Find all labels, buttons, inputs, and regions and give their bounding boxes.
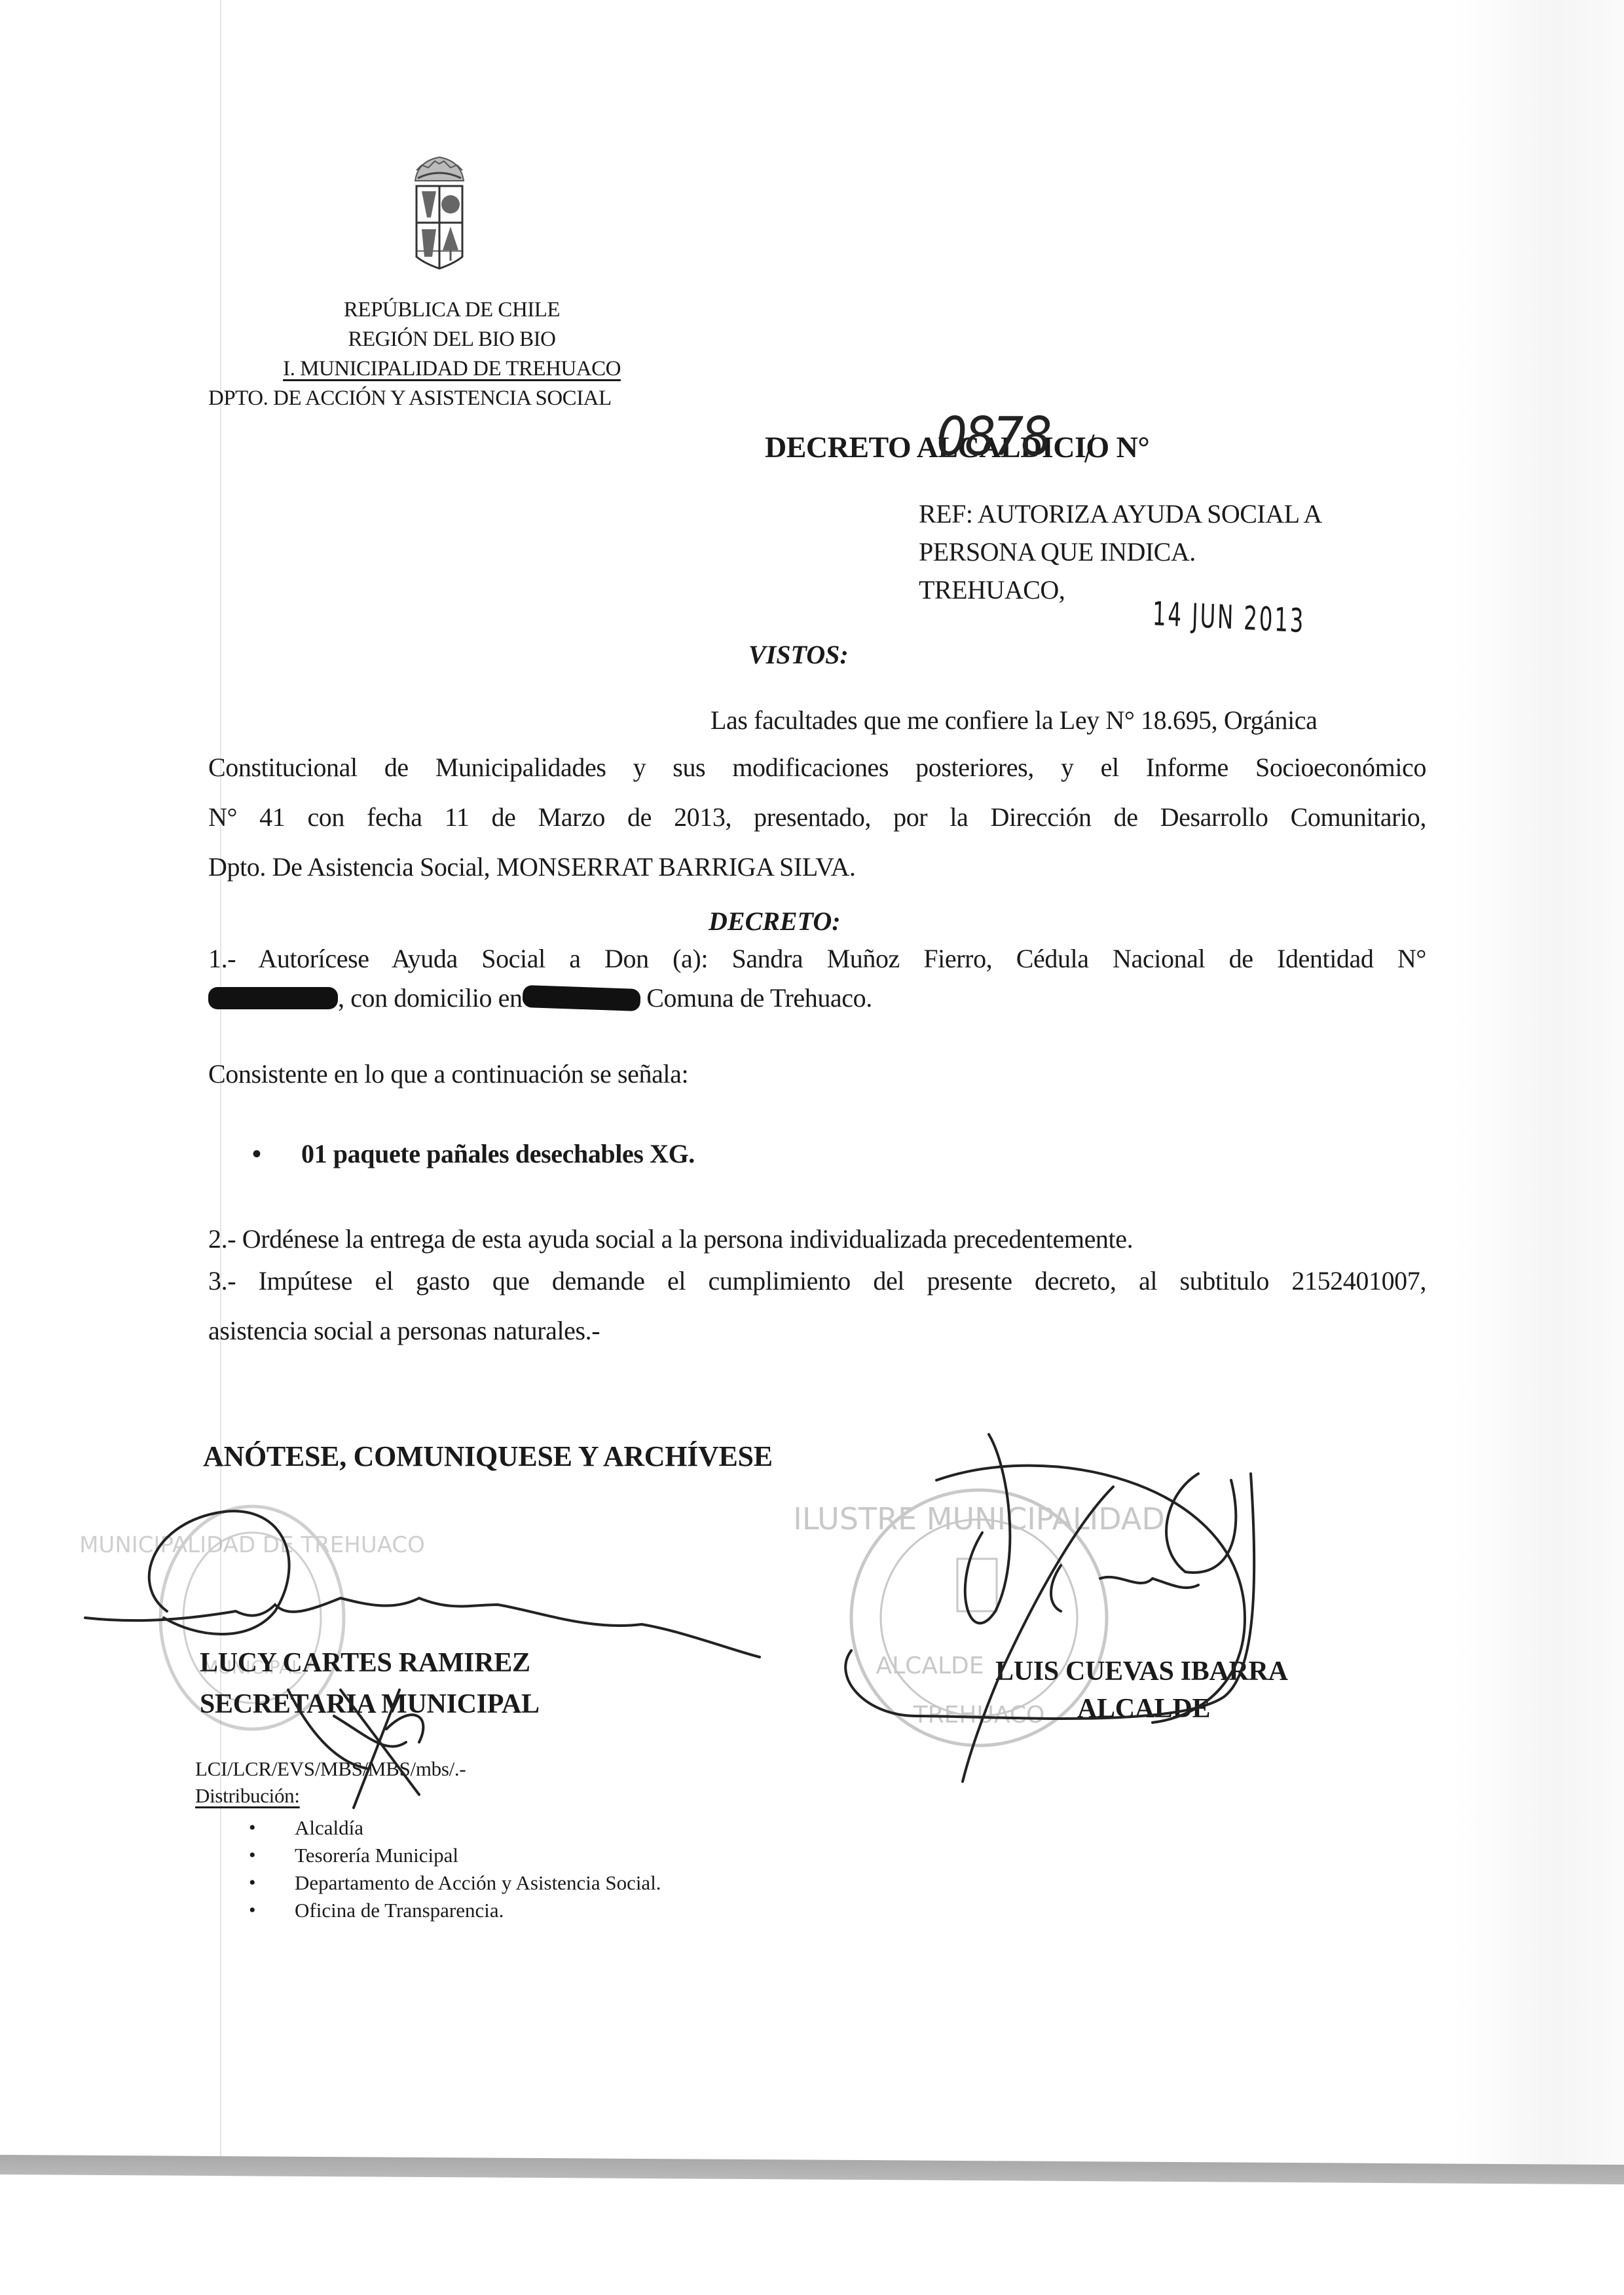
distribution-list: Alcaldía Tesorería Municipal Departament…	[249, 1814, 661, 1924]
distribution-label: Distribución:	[195, 1784, 300, 1808]
bullet-dot: •	[252, 1138, 261, 1169]
redacted-address	[522, 985, 640, 1011]
date-stamp: 14 JUN 2013	[1152, 595, 1306, 640]
svg-text:ALCALDE: ALCALDE	[876, 1652, 984, 1679]
ref-line-2: PERSONA QUE INDICA.	[919, 533, 1196, 571]
decree-page: REPÚBLICA DE CHILE REGIÓN DEL BIO BIO I.…	[0, 0, 1624, 2295]
ref-place: TREHUACO,	[919, 571, 1065, 609]
item-1-domicile-label: , con domicilio en	[338, 983, 523, 1013]
item-3-line-2: asistencia social a personas naturales.-	[208, 1315, 600, 1346]
header-municipality: I. MUNICIPALIDAD DE TREHUACO	[196, 354, 707, 383]
item-3-line-1: 3.- Impútese el gasto que demande el cum…	[208, 1265, 1426, 1296]
consist-line: Consistente en lo que a continuación se …	[208, 1058, 688, 1089]
municipal-crest-icon	[411, 152, 468, 274]
decree-number-slash: /	[1084, 428, 1096, 468]
redacted-id-number	[208, 987, 338, 1009]
header-country: REPÚBLICA DE CHILE	[196, 295, 707, 324]
item-2: 2.- Ordénese la entrega de esta ayuda so…	[208, 1223, 1133, 1254]
ref-line-1: REF: AUTORIZA AYUDA SOCIAL A	[919, 495, 1322, 533]
vistos-heading: VISTOS:	[748, 639, 849, 670]
header-region: REGIÓN DEL BIO BIO	[196, 325, 707, 354]
vistos-line-1: Las facultades que me confiere la Ley N°…	[710, 705, 1318, 736]
distribution-item: Departamento de Acción y Asistencia Soci…	[249, 1869, 661, 1897]
mayor-title: ALCALDE	[1077, 1693, 1210, 1725]
distribution-item: Oficina de Transparencia.	[249, 1897, 661, 1924]
scan-shade	[1454, 0, 1624, 2168]
closing-formula: ANÓTESE, COMUNIQUESE Y ARCHÍVESE	[203, 1440, 773, 1473]
item-1-line-2: , con domicilio en Comuna de Trehuaco.	[208, 982, 872, 1013]
svg-text:ILUSTRE MUNICIPALIDAD: ILUSTRE MUNICIPALIDAD	[793, 1501, 1165, 1537]
distribution-item: Tesorería Municipal	[249, 1842, 661, 1869]
svg-text:TREHUACO: TREHUACO	[913, 1702, 1045, 1728]
header-department: DPTO. DE ACCIÓN Y ASISTENCIA SOCIAL	[208, 384, 612, 413]
vistos-line-4: Dpto. De Asistencia Social, MONSERRAT BA…	[208, 851, 856, 882]
mayor-signature-icon	[845, 1434, 1254, 1782]
vistos-line-3: N° 41 con fecha 11 de Marzo de 2013, pre…	[208, 802, 1426, 832]
vistos-line-2: Constitucional de Municipalidades y sus …	[208, 752, 1426, 783]
distribution-item: Alcaldía	[249, 1814, 661, 1842]
item-1-line-1: 1.- Autorícese Ayuda Social a Don (a): S…	[208, 943, 1426, 974]
decree-number-handwritten: 0878	[936, 406, 1049, 468]
svg-text:MUNICIPALIDAD DE TREHUACO: MUNICIPALIDAD DE TREHUACO	[79, 1532, 425, 1558]
item-1-commune: Comuna de Trehuaco.	[640, 983, 872, 1013]
scan-bottom-edge	[0, 2155, 1624, 2184]
decreto-heading: DECRETO:	[709, 906, 841, 937]
secretary-name: LUCY CARTES RAMIREZ	[200, 1647, 530, 1679]
secretary-title: SECRETARIA MUNICIPAL	[200, 1689, 540, 1720]
aid-item: 01 paquete pañales desechables XG.	[301, 1138, 695, 1169]
initials-line: LCI/LCR/EVS/MBS/MBS/mbs/.-	[195, 1757, 466, 1781]
mayor-name: LUIS CUEVAS IBARRA	[995, 1656, 1288, 1687]
